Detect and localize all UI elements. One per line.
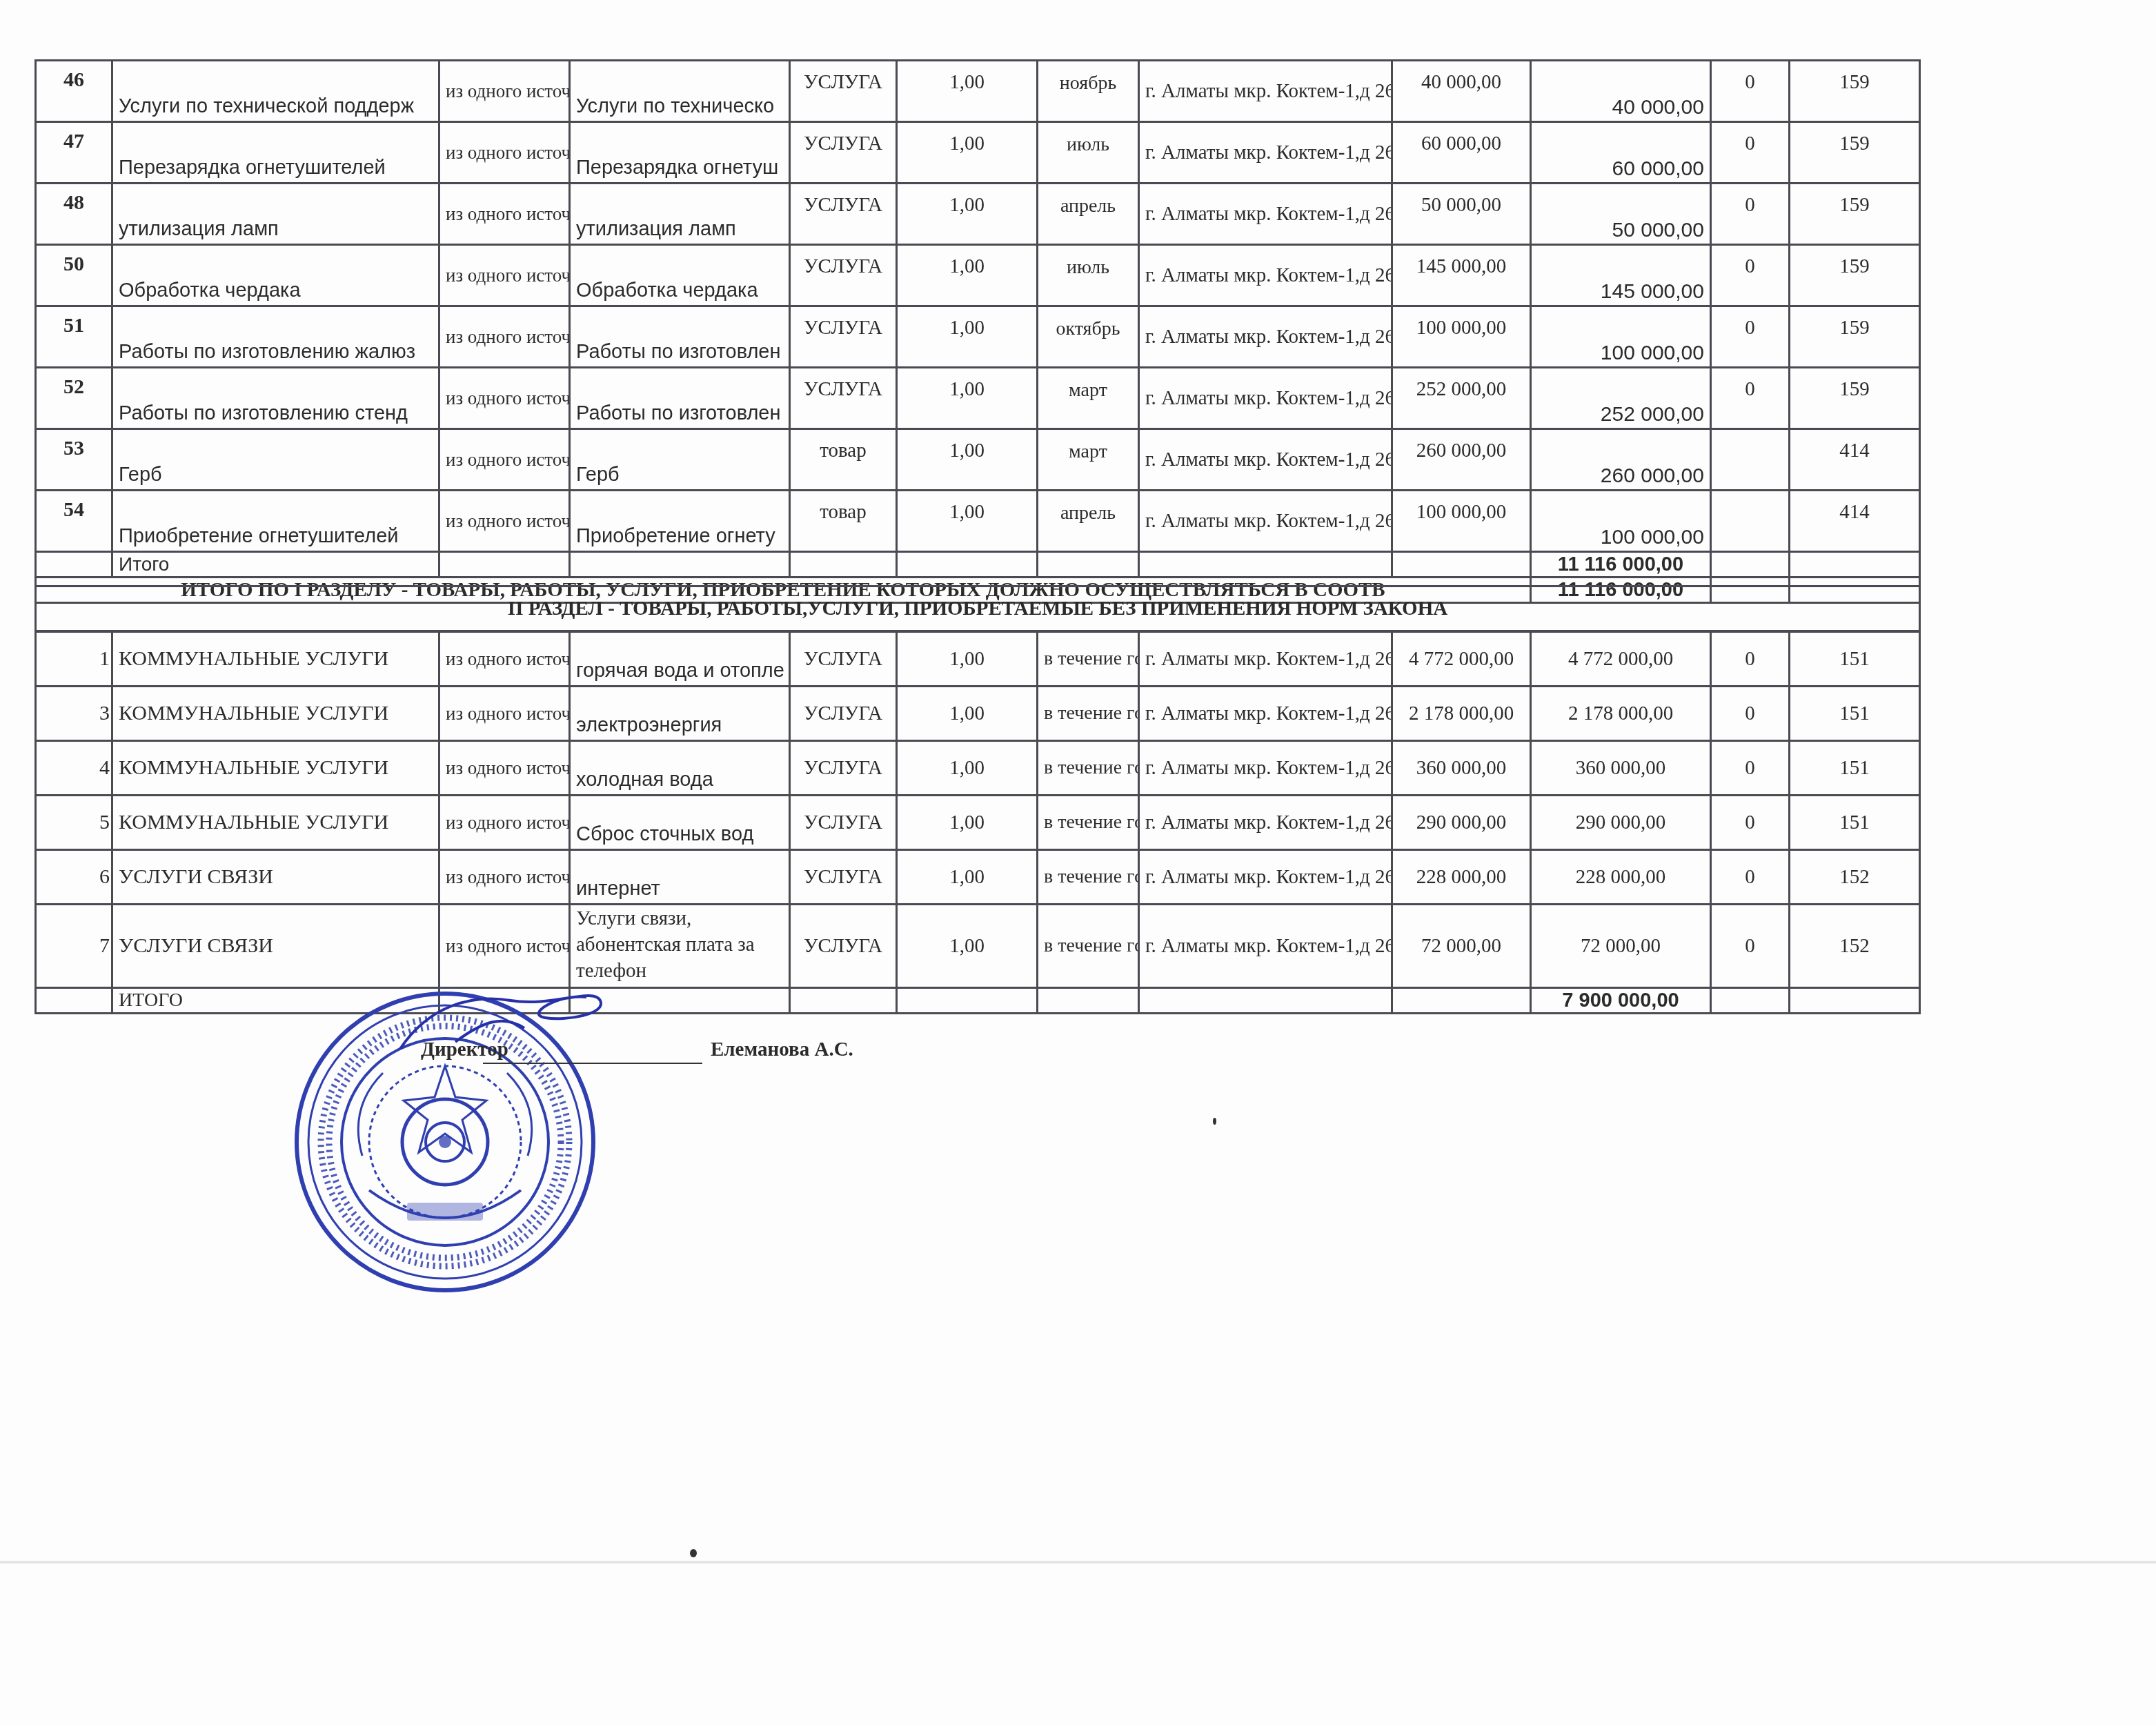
signature-role: Директор (421, 1038, 508, 1061)
cell-no: 3 (36, 687, 112, 741)
cell-price: 2 178 000,00 (1392, 687, 1531, 741)
cell-no: 47 (36, 122, 112, 184)
table-cell (1139, 552, 1392, 578)
cell-name: КОММУНАЛЬНЫЕ УСЛУГИ (112, 631, 439, 687)
cell-source: из одного источника (439, 741, 570, 796)
table-row: 51Работы по изготовлению жалюзиз одного … (36, 306, 1920, 368)
cell-code: 159 (1790, 184, 1920, 245)
cell-address: г. Алматы мкр. Коктем-1,д 26 А (1139, 306, 1392, 368)
cell-address: г. Алматы мкр. Коктем-1,д 26 А (1139, 245, 1392, 306)
cell-address: г. Алматы мкр. Коктем-1,д 26 А (1139, 687, 1392, 741)
cell-sum: 40 000,00 (1531, 61, 1711, 122)
table-cell (439, 552, 570, 578)
cell-qty: 1,00 (897, 184, 1038, 245)
cell-description: утилизация ламп (570, 184, 790, 245)
cell-no: 53 (36, 429, 112, 491)
cell-month: в течение года (1038, 631, 1139, 687)
table-cell (1711, 988, 1790, 1014)
cell-month: в течение года (1038, 796, 1139, 850)
cell-no: 48 (36, 184, 112, 245)
cell-address: г. Алматы мкр. Коктем-1,д 26 А (1139, 631, 1392, 687)
cell-source: из одного источника (439, 429, 570, 491)
cell-price: 4 772 000,00 (1392, 631, 1531, 687)
table-row: 48утилизация лампиз одного источникаутил… (36, 184, 1920, 245)
cell-name: КОММУНАЛЬНЫЕ УСЛУГИ (112, 687, 439, 741)
cell-price: 252 000,00 (1392, 368, 1531, 429)
cell-code: 152 (1790, 850, 1920, 905)
cell-zero: 0 (1711, 184, 1790, 245)
cell-zero: 0 (1711, 245, 1790, 306)
cell-sum: 252 000,00 (1531, 368, 1711, 429)
table-row: 52Работы по изготовлению стендиз одного … (36, 368, 1920, 429)
cell-qty: 1,00 (897, 368, 1038, 429)
cell-unit: УСЛУГА (790, 245, 897, 306)
cell-no: 7 (36, 905, 112, 988)
section2-title: II РАЗДЕЛ - ТОВАРЫ, РАБОТЫ,УСЛУГИ, ПРИОБ… (36, 586, 1920, 632)
cell-address: г. Алматы мкр. Коктем-1,д 26 А (1139, 122, 1392, 184)
table-cell (1038, 552, 1139, 578)
cell-qty: 1,00 (897, 631, 1038, 687)
cell-sum: 290 000,00 (1531, 796, 1711, 850)
cell-no: 5 (36, 796, 112, 850)
cell-no: 4 (36, 741, 112, 796)
cell-sum: 360 000,00 (1531, 741, 1711, 796)
cell-price: 360 000,00 (1392, 741, 1531, 796)
cell-sum: 260 000,00 (1531, 429, 1711, 491)
cell-code: 159 (1790, 368, 1920, 429)
cell-zero (1711, 429, 1790, 491)
cell-unit: УСЛУГА (790, 122, 897, 184)
cell-zero: 0 (1711, 306, 1790, 368)
table-cell (36, 552, 112, 578)
section2-header-row: II РАЗДЕЛ - ТОВАРЫ, РАБОТЫ,УСЛУГИ, ПРИОБ… (36, 586, 1920, 632)
cell-price: 290 000,00 (1392, 796, 1531, 850)
table-cell (1392, 988, 1531, 1014)
cell-unit: УСЛУГА (790, 306, 897, 368)
cell-month: в течение года (1038, 741, 1139, 796)
cell-source: из одного источника (439, 687, 570, 741)
cell-month: июль (1038, 245, 1139, 306)
cell-zero: 0 (1711, 368, 1790, 429)
cell-qty: 1,00 (897, 429, 1038, 491)
table-row: 53Гербиз одного источникаГербтовар1,00ма… (36, 429, 1920, 491)
cell-address: г. Алматы мкр. Коктем-1,д 26 А (1139, 491, 1392, 552)
cell-address: г. Алматы мкр. Коктем-1,д 26 А (1139, 905, 1392, 988)
cell-month: июль (1038, 122, 1139, 184)
table-row: 54Приобретение огнетушителейиз одного ис… (36, 491, 1920, 552)
cell-code: 414 (1790, 491, 1920, 552)
cell-name: УСЛУГИ СВЯЗИ (112, 905, 439, 988)
table-row: 5КОММУНАЛЬНЫЕ УСЛУГИиз одного источникаС… (36, 796, 1920, 850)
cell-source: из одного источника (439, 491, 570, 552)
cell-name: Приобретение огнетушителей (112, 491, 439, 552)
cell-code: 151 (1790, 796, 1920, 850)
cell-month: в течение года (1038, 905, 1139, 988)
cell-source: из одного источника (439, 306, 570, 368)
cell-address: г. Алматы мкр. Коктем-1,д 26 А (1139, 368, 1392, 429)
cell-month: октябрь (1038, 306, 1139, 368)
section2-total-value: 7 900 000,00 (1531, 988, 1711, 1014)
cell-sum: 50 000,00 (1531, 184, 1711, 245)
table-cell (897, 552, 1038, 578)
cell-address: г. Алматы мкр. Коктем-1,д 26 А (1139, 61, 1392, 122)
cell-sum: 2 178 000,00 (1531, 687, 1711, 741)
cell-unit: УСЛУГА (790, 741, 897, 796)
cell-no: 1 (36, 631, 112, 687)
cell-code: 414 (1790, 429, 1920, 491)
cell-address: г. Алматы мкр. Коктем-1,д 26 А (1139, 741, 1392, 796)
table-row: 7УСЛУГИ СВЯЗИиз одного источникаУслуги с… (36, 905, 1920, 988)
cell-month: в течение года (1038, 687, 1139, 741)
cell-code: 159 (1790, 306, 1920, 368)
scan-speck (1213, 1118, 1216, 1125)
cell-source: из одного источника (439, 61, 570, 122)
cell-description: Работы по изготовлен (570, 306, 790, 368)
cell-source: из одного источника (439, 905, 570, 988)
cell-name: УСЛУГИ СВЯЗИ (112, 850, 439, 905)
cell-name: Обработка чердака (112, 245, 439, 306)
cell-source: из одного источника (439, 850, 570, 905)
cell-description: Услуги связи, абонентская плата за телеф… (570, 905, 790, 988)
cell-description: холодная вода (570, 741, 790, 796)
cell-zero: 0 (1711, 631, 1790, 687)
subtotal-label: Итого (112, 552, 439, 578)
cell-zero: 0 (1711, 122, 1790, 184)
cell-sum: 4 772 000,00 (1531, 631, 1711, 687)
cell-code: 159 (1790, 61, 1920, 122)
cell-zero: 0 (1711, 741, 1790, 796)
table-cell (1139, 988, 1392, 1014)
table-cell (1038, 988, 1139, 1014)
table-row: 47Перезарядка огнетушителейиз одного ист… (36, 122, 1920, 184)
cell-zero (1711, 491, 1790, 552)
cell-sum: 100 000,00 (1531, 306, 1711, 368)
cell-unit: УСЛУГА (790, 368, 897, 429)
cell-sum: 145 000,00 (1531, 245, 1711, 306)
cell-code: 159 (1790, 122, 1920, 184)
table-cell (36, 988, 112, 1014)
signer-name: Елеманова А.С. (711, 1038, 853, 1061)
cell-no: 52 (36, 368, 112, 429)
table-row: 3КОММУНАЛЬНЫЕ УСЛУГИиз одного источникаэ… (36, 687, 1920, 741)
cell-address: г. Алматы мкр. Коктем-1,д 26 А (1139, 184, 1392, 245)
cell-source: из одного источника (439, 368, 570, 429)
cell-sum: 72 000,00 (1531, 905, 1711, 988)
cell-description: Сброс сточных вод (570, 796, 790, 850)
cell-month: март (1038, 429, 1139, 491)
table-row: 6УСЛУГИ СВЯЗИиз одного источникаинтернет… (36, 850, 1920, 905)
cell-code: 151 (1790, 687, 1920, 741)
cell-price: 60 000,00 (1392, 122, 1531, 184)
cell-source: из одного источника (439, 122, 570, 184)
cell-description: Услуги по техническо (570, 61, 790, 122)
subtotal-row: Итого11 116 000,00 (36, 552, 1920, 578)
cell-sum: 228 000,00 (1531, 850, 1711, 905)
cell-name: Работы по изготовлению стенд (112, 368, 439, 429)
cell-qty: 1,00 (897, 850, 1038, 905)
table-cell (790, 988, 897, 1014)
cell-month: апрель (1038, 184, 1139, 245)
cell-unit: товар (790, 491, 897, 552)
cell-no: 54 (36, 491, 112, 552)
cell-no: 46 (36, 61, 112, 122)
cell-month: в течение года (1038, 850, 1139, 905)
cell-price: 100 000,00 (1392, 491, 1531, 552)
cell-description: горячая вода и отопле (570, 631, 790, 687)
cell-price: 40 000,00 (1392, 61, 1531, 122)
cell-zero: 0 (1711, 905, 1790, 988)
cell-unit: УСЛУГА (790, 905, 897, 988)
cell-source: из одного источника (439, 184, 570, 245)
cell-price: 228 000,00 (1392, 850, 1531, 905)
cell-month: апрель (1038, 491, 1139, 552)
table-cell (790, 552, 897, 578)
cell-qty: 1,00 (897, 687, 1038, 741)
cell-qty: 1,00 (897, 306, 1038, 368)
cell-qty: 1,00 (897, 796, 1038, 850)
table-cell (1790, 552, 1920, 578)
cell-name: КОММУНАЛЬНЫЕ УСЛУГИ (112, 796, 439, 850)
cell-description: Работы по изготовлен (570, 368, 790, 429)
cell-month: ноябрь (1038, 61, 1139, 122)
cell-unit: УСЛУГА (790, 631, 897, 687)
cell-qty: 1,00 (897, 122, 1038, 184)
table-cell (570, 552, 790, 578)
scan-edge (0, 1561, 2156, 1564)
cell-price: 260 000,00 (1392, 429, 1531, 491)
cell-description: Перезарядка огнетуш (570, 122, 790, 184)
cell-name: КОММУНАЛЬНЫЕ УСЛУГИ (112, 741, 439, 796)
cell-unit: УСЛУГА (790, 61, 897, 122)
cell-qty: 1,00 (897, 905, 1038, 988)
cell-unit: УСЛУГА (790, 850, 897, 905)
table-cell (1711, 552, 1790, 578)
cell-price: 50 000,00 (1392, 184, 1531, 245)
cell-description: интернет (570, 850, 790, 905)
cell-code: 159 (1790, 245, 1920, 306)
table-cell (897, 988, 1038, 1014)
cell-source: из одного источника (439, 245, 570, 306)
signature-line (483, 1063, 702, 1064)
cell-zero: 0 (1711, 687, 1790, 741)
cell-address: г. Алматы мкр. Коктем-1,д 26 А (1139, 850, 1392, 905)
cell-code: 152 (1790, 905, 1920, 988)
cell-unit: товар (790, 429, 897, 491)
cell-source: из одного источника (439, 631, 570, 687)
cell-address: г. Алматы мкр. Коктем-1,д 26 А (1139, 796, 1392, 850)
cell-sum: 100 000,00 (1531, 491, 1711, 552)
cell-description: Обработка чердака (570, 245, 790, 306)
cell-name: утилизация ламп (112, 184, 439, 245)
cell-name: Перезарядка огнетушителей (112, 122, 439, 184)
cell-price: 145 000,00 (1392, 245, 1531, 306)
cell-price: 72 000,00 (1392, 905, 1531, 988)
cell-source: из одного источника (439, 796, 570, 850)
cell-qty: 1,00 (897, 61, 1038, 122)
cell-month: март (1038, 368, 1139, 429)
cell-zero: 0 (1711, 61, 1790, 122)
table-row: 50Обработка чердакаиз одного источникаОб… (36, 245, 1920, 306)
cell-zero: 0 (1711, 796, 1790, 850)
table-row: 46Услуги по технической поддержиз одного… (36, 61, 1920, 122)
cell-price: 100 000,00 (1392, 306, 1531, 368)
table-row: 1КОММУНАЛЬНЫЕ УСЛУГИиз одного источникаг… (36, 631, 1920, 687)
cell-unit: УСЛУГА (790, 687, 897, 741)
cell-name: Работы по изготовлению жалюз (112, 306, 439, 368)
cell-address: г. Алматы мкр. Коктем-1,д 26 А (1139, 429, 1392, 491)
cell-code: 151 (1790, 631, 1920, 687)
cell-unit: УСЛУГА (790, 796, 897, 850)
table-cell (1392, 552, 1531, 578)
cell-name: Услуги по технической поддерж (112, 61, 439, 122)
section2-table: II РАЗДЕЛ - ТОВАРЫ, РАБОТЫ,УСЛУГИ, ПРИОБ… (34, 585, 1921, 1014)
scan-speck (690, 1549, 697, 1557)
section1-table: 46Услуги по технической поддержиз одного… (34, 59, 1921, 604)
scanned-page: 46Услуги по технической поддержиз одного… (0, 0, 2156, 1725)
subtotal-value: 11 116 000,00 (1531, 552, 1711, 578)
cell-sum: 60 000,00 (1531, 122, 1711, 184)
cell-description: Приобретение огнету (570, 491, 790, 552)
cell-qty: 1,00 (897, 741, 1038, 796)
cell-name: Герб (112, 429, 439, 491)
cell-qty: 1,00 (897, 491, 1038, 552)
cell-no: 6 (36, 850, 112, 905)
cell-code: 151 (1790, 741, 1920, 796)
table-cell (1790, 988, 1920, 1014)
cell-no: 50 (36, 245, 112, 306)
cell-qty: 1,00 (897, 245, 1038, 306)
cell-zero: 0 (1711, 850, 1790, 905)
cell-no: 51 (36, 306, 112, 368)
cell-unit: УСЛУГА (790, 184, 897, 245)
table-row: 4КОММУНАЛЬНЫЕ УСЛУГИиз одного источниках… (36, 741, 1920, 796)
cell-description: электроэнергия (570, 687, 790, 741)
cell-description: Герб (570, 429, 790, 491)
